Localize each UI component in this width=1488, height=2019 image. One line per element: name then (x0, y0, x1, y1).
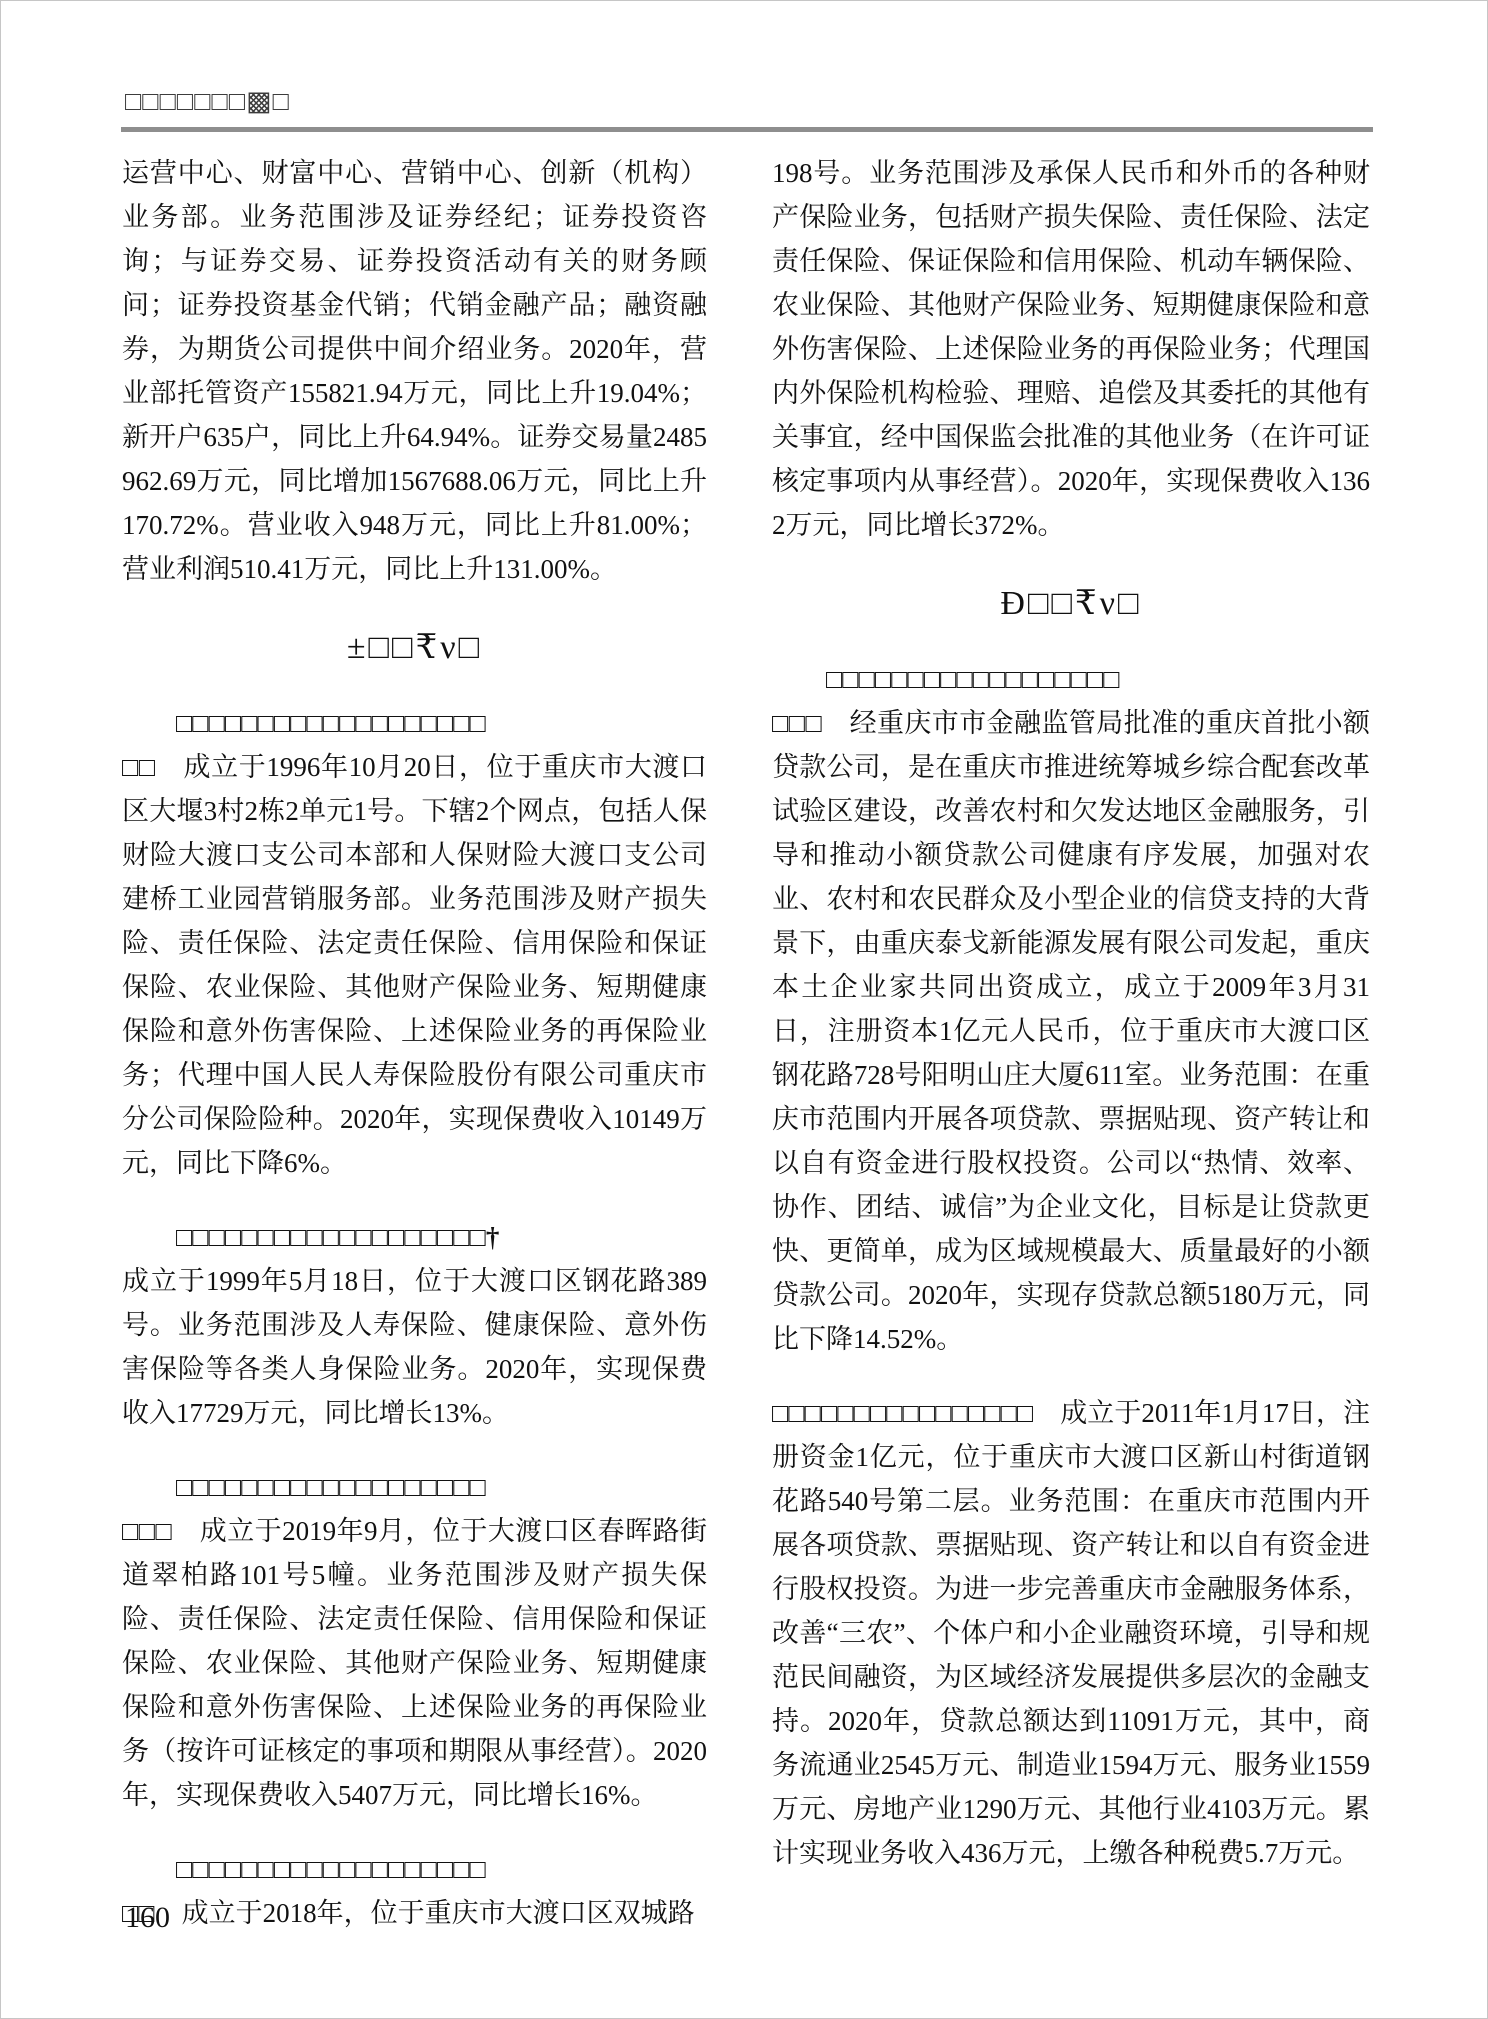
yearbook-page: □□□□□□□▩□ 运营中心、财富中心、营销中心、创新（机构）业务部。业务范围涉… (0, 0, 1488, 2019)
entry-body-inline: 成立于2011年1月17日，注册资金1亿元，位于重庆市大渡口区新山村街道钢花路5… (772, 1398, 1370, 1868)
entry-body: □□ 成立于2018年，位于重庆市大渡口区双城路 (122, 1891, 707, 1935)
entry-heading: □□□□□□□□□□□□□□□□□□□ (122, 701, 707, 745)
entry-heading: □□□□□□□□□□□□□□□□□□□ (122, 1465, 707, 1509)
entry-heading: □□□□□□□□□□□□□□□□□□□† (122, 1215, 707, 1259)
running-header: □□□□□□□▩□ (125, 85, 290, 117)
continued-paragraph: 运营中心、财富中心、营销中心、创新（机构）业务部。业务范围涉及证券经纪；证券投资… (122, 151, 707, 591)
section-heading-left: ±□□₹ν□ (122, 625, 707, 671)
entry-body: □□□ 成立于2019年9月，位于大渡口区春晖路街道翠柏路101号5幢。业务范围… (122, 1509, 707, 1817)
entry-life-insurance: □□□□□□□□□□□□□□□□□□□† 成立于1999年5月18日，位于大渡口… (122, 1215, 707, 1435)
entry-body: 成立于1999年5月18日，位于大渡口区钢花路389号。业务范围涉及人寿保险、健… (122, 1259, 707, 1435)
entry-heading: □□□□□□□□□□□□□□□□□□□ (122, 1847, 707, 1891)
entry-picc-property: □□□□□□□□□□□□□□□□□□□ □□ 成立于1996年10月20日，位于… (122, 701, 707, 1185)
left-column: 运营中心、财富中心、营销中心、创新（机构）业务部。业务范围涉及证券经纪；证券投资… (122, 151, 707, 1935)
header-rule (121, 127, 1373, 132)
entry-microloan-taige: □□□□□□□□□□□□□□□□□□ □□□ 经重庆市市金融监管局批准的重庆首批… (772, 657, 1370, 1361)
page-number: 160 (125, 1901, 170, 1935)
entry-insurance-2018: □□□□□□□□□□□□□□□□□□□ □□ 成立于2018年，位于重庆市大渡口… (122, 1847, 707, 1935)
entry-insurance-2019: □□□□□□□□□□□□□□□□□□□ □□□ 成立于2019年9月，位于大渡口… (122, 1465, 707, 1817)
section-heading-right: Ð□□₹ν□ (772, 581, 1370, 627)
continued-paragraph: 198号。业务范围涉及承保人民币和外币的各种财产保险业务，包括财产损失保险、责任… (772, 151, 1370, 547)
entry-body: □□□ 经重庆市市金融监管局批准的重庆首批小额贷款公司，是在重庆市推进统筹城乡综… (772, 701, 1370, 1361)
entry-body: □□ 成立于1996年10月20日，位于重庆市大渡口区大堰3村2栋2单元1号。下… (122, 745, 707, 1185)
right-column: 198号。业务范围涉及承保人民币和外币的各种财产保险业务，包括财产损失保险、责任… (772, 151, 1370, 1875)
entry-heading: □□□□□□□□□□□□□□□□□□ (772, 657, 1370, 701)
entry-heading-inline: □□□□□□□□□□□□□□□□ (772, 1398, 1033, 1428)
entry-microloan-2011: □□□□□□□□□□□□□□□□ 成立于2011年1月17日，注册资金1亿元，位… (772, 1391, 1370, 1875)
